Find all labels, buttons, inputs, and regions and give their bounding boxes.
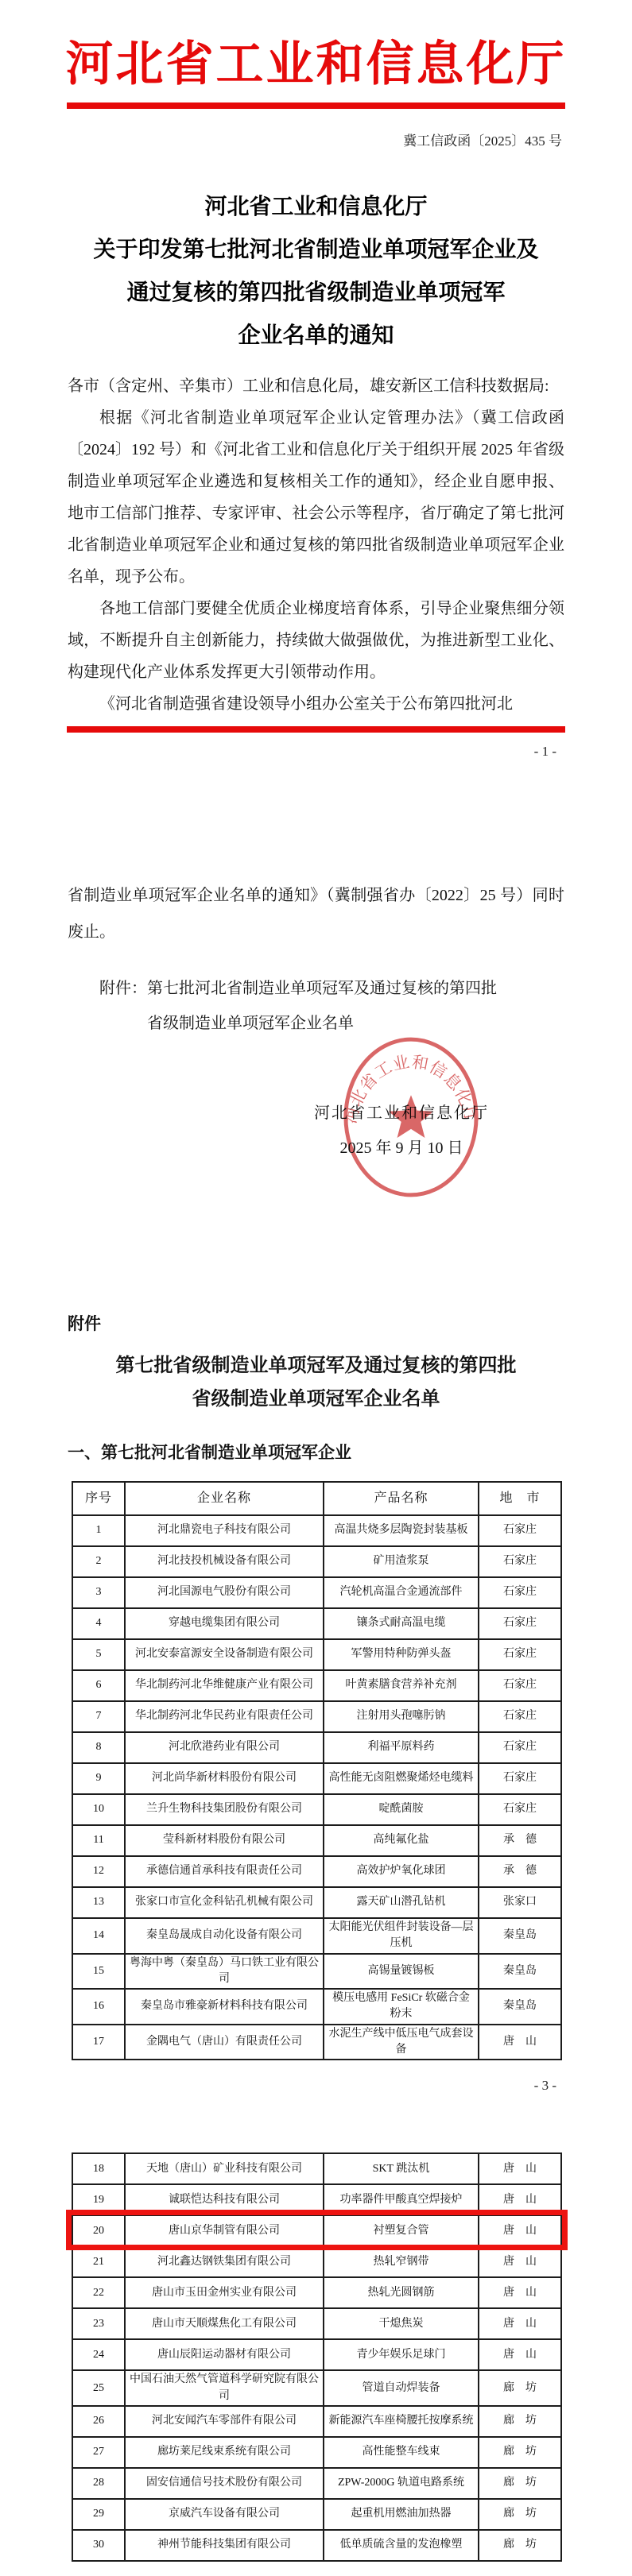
cell-city: 秦皇岛 xyxy=(479,1918,561,1954)
cell-city: 秦皇岛 xyxy=(479,1989,561,2025)
cell-product: 新能源汽车座椅腰托按摩系统 xyxy=(324,2406,479,2437)
section1-heading: 一、第七批河北省制造业单项冠军企业 xyxy=(68,1440,632,1464)
cell-no: 17 xyxy=(72,2025,125,2060)
table-row: 20唐山京华制管有限公司衬塑复合管唐 山 xyxy=(72,2215,561,2246)
cell-company: 华北制药河北华民药业有限责任公司 xyxy=(125,1701,324,1732)
table-row: 30神州节能科技集团有限公司低单质硫含量的发泡橡塑廊 坊 xyxy=(72,2530,561,2561)
cell-no: 10 xyxy=(72,1794,125,1825)
cell-no: 16 xyxy=(72,1989,125,2025)
cell-no: 26 xyxy=(72,2406,125,2437)
page-break-spacer xyxy=(0,2094,632,2135)
table-row: 12承德信通首承科技有限责任公司高效护炉氧化球团承 德 xyxy=(72,1856,561,1887)
cell-no: 1 xyxy=(72,1515,125,1546)
cell-city: 秦皇岛 xyxy=(479,1954,561,1990)
attachment-ref-line1: 第七批河北省制造业单项冠军及通过复核的第四批 xyxy=(147,980,497,997)
cell-product: 汽轮机高温合金通流部件 xyxy=(324,1577,479,1608)
cell-city: 石家庄 xyxy=(479,1732,561,1763)
cell-city: 廊 坊 xyxy=(479,2406,561,2437)
cell-no: 18 xyxy=(72,2153,125,2184)
page-number-1: - 1 - xyxy=(0,744,632,760)
cell-product: 高温共烧多层陶瓷封装基板 xyxy=(324,1515,479,1546)
cell-no: 3 xyxy=(72,1577,125,1608)
table-row: 2河北技投机械设备有限公司矿用渣浆泵石家庄 xyxy=(72,1546,561,1577)
cell-city: 唐 山 xyxy=(479,2246,561,2277)
cell-company: 唐山京华制管有限公司 xyxy=(125,2215,324,2246)
cell-city: 承 德 xyxy=(479,1856,561,1887)
cell-no: 6 xyxy=(72,1670,125,1701)
attachment-ref-line2: 省级制造业单项冠军企业名单 xyxy=(147,1015,354,1032)
cell-company: 承德信通首承科技有限责任公司 xyxy=(125,1856,324,1887)
table-row: 8河北欣港药业有限公司利福平原料药石家庄 xyxy=(72,1732,561,1763)
table-row: 11莹科新材料股份有限公司高纯氟化盐承 德 xyxy=(72,1825,561,1856)
cell-no: 23 xyxy=(72,2308,125,2339)
companies-table-page3: 序号 企业名称 产品名称 地 市 1河北鼎瓷电子科技有限公司高温共烧多层陶瓷封装… xyxy=(72,1481,560,2060)
table-row: 1河北鼎瓷电子科技有限公司高温共烧多层陶瓷封装基板石家庄 xyxy=(72,1515,561,1546)
cell-product: 高效护炉氧化球团 xyxy=(324,1856,479,1887)
letterhead-agency-title: 河北省工业和信息化厅 xyxy=(0,0,632,95)
attachment-title-line: 省级制造业单项冠军企业名单 xyxy=(0,1383,632,1416)
companies-table-1: 序号 企业名称 产品名称 地 市 1河北鼎瓷电子科技有限公司高温共烧多层陶瓷封装… xyxy=(72,1481,562,2060)
cell-no: 11 xyxy=(72,1825,125,1856)
page1-footer-red-rule xyxy=(67,726,565,733)
cell-city: 承 德 xyxy=(479,1825,561,1856)
cell-no: 24 xyxy=(72,2339,125,2370)
cell-no: 29 xyxy=(72,2499,125,2530)
document-number: 冀工信政函〔2025〕435 号 xyxy=(0,130,632,149)
cell-city: 唐 山 xyxy=(479,2308,561,2339)
table-row: 10兰升生物科技集团股份有限公司啶酰菌胺石家庄 xyxy=(72,1794,561,1825)
table-row: 14秦皇岛晟成自动化设备有限公司太阳能光伏组件封装设备—层压机秦皇岛 xyxy=(72,1918,561,1954)
table-row: 22唐山市玉田金州实业有限公司热轧光圆钢筋唐 山 xyxy=(72,2277,561,2308)
cell-no: 19 xyxy=(72,2184,125,2215)
table-row: 25中国石油天然气管道科学研究院有限公司管道自动焊装备廊 坊 xyxy=(72,2370,561,2406)
table-row: 29京威汽车设备有限公司起重机用燃油加热器廊 坊 xyxy=(72,2499,561,2530)
attachment-title: 第七批省级制造业单项冠军及通过复核的第四批 省级制造业单项冠军企业名单 xyxy=(0,1349,632,1416)
letterhead-red-rule xyxy=(67,102,565,109)
cell-product: 衬塑复合管 xyxy=(324,2215,479,2246)
cell-product: 高纯氟化盐 xyxy=(324,1825,479,1856)
cell-company: 金隅电气（唐山）有限责任公司 xyxy=(125,2025,324,2060)
cell-company: 秦皇岛市雅豪新材料科技有限公司 xyxy=(125,1989,324,2025)
cell-company: 固安信通信号技术股份有限公司 xyxy=(125,2468,324,2499)
attachment-reference: 附件： 第七批河北省制造业单项冠军及通过复核的第四批 省级制造业单项冠军企业名单 xyxy=(68,971,564,1041)
cell-company: 京威汽车设备有限公司 xyxy=(125,2499,324,2530)
cell-no: 27 xyxy=(72,2437,125,2468)
cell-city: 廊 坊 xyxy=(479,2499,561,2530)
cell-company: 莹科新材料股份有限公司 xyxy=(125,1825,324,1856)
cell-product: SKT 跳汰机 xyxy=(324,2153,479,2184)
cell-city: 廊 坊 xyxy=(479,2468,561,2499)
cell-company: 河北鑫达钢铁集团有限公司 xyxy=(125,2246,324,2277)
cell-no: 25 xyxy=(72,2370,125,2406)
cell-city: 张家口 xyxy=(479,1887,561,1918)
table-row: 21河北鑫达钢铁集团有限公司热轧窄钢带唐 山 xyxy=(72,2246,561,2277)
cell-company: 张家口市宣化金科钻孔机械有限公司 xyxy=(125,1887,324,1918)
table-row: 7华北制药河北华民药业有限责任公司注射用头孢噻肟钠石家庄 xyxy=(72,1701,561,1732)
page-number-3: - 3 - xyxy=(0,2078,632,2094)
cell-company: 河北鼎瓷电子科技有限公司 xyxy=(125,1515,324,1546)
cell-product: 叶黄素膳食营养补充剂 xyxy=(324,1670,479,1701)
cell-product: 利福平原料药 xyxy=(324,1732,479,1763)
cell-product: 高锡量镀锡板 xyxy=(324,1954,479,1990)
notice-title: 河北省工业和信息化厅 关于印发第七批河北省制造业单项冠军企业及 通过复核的第四批… xyxy=(0,186,632,358)
table-row: 15粤海中粤（秦皇岛）马口铁工业有限公司高锡量镀锡板秦皇岛 xyxy=(72,1954,561,1990)
table-row: 26河北安闻汽车零部件有限公司新能源汽车座椅腰托按摩系统廊 坊 xyxy=(72,2406,561,2437)
cell-city: 石家庄 xyxy=(479,1763,561,1794)
table-header-row: 序号 企业名称 产品名称 地 市 xyxy=(72,1482,561,1515)
table-row: 18天地（唐山）矿业科技有限公司SKT 跳汰机唐 山 xyxy=(72,2153,561,2184)
companies-table-2: 18天地（唐山）矿业科技有限公司SKT 跳汰机唐 山19诚联恺达科技有限公司功率… xyxy=(72,2152,562,2562)
cell-city: 石家庄 xyxy=(479,1639,561,1670)
companies-table-page4: 18天地（唐山）矿业科技有限公司SKT 跳汰机唐 山19诚联恺达科技有限公司功率… xyxy=(72,2152,560,2562)
table-row: 16秦皇岛市雅豪新材料科技有限公司模压电感用 FeSiCr 软磁合金粉末秦皇岛 xyxy=(72,1989,561,2025)
cell-no: 5 xyxy=(72,1639,125,1670)
cell-product: 青少年娱乐足球门 xyxy=(324,2339,479,2370)
cell-company: 唐山市玉田金州实业有限公司 xyxy=(125,2277,324,2308)
cell-company: 唐山辰阳运动器材有限公司 xyxy=(125,2339,324,2370)
cell-no: 4 xyxy=(72,1608,125,1639)
header-company: 企业名称 xyxy=(125,1482,324,1515)
cell-product: 水泥生产线中低压电气成套设备 xyxy=(324,2025,479,2060)
addressee-line: 各市（含定州、辛集市）工业和信息化局，雄安新区工信科技数据局: xyxy=(68,370,564,402)
cell-product: 高性能无卤阻燃聚烯烃电缆料 xyxy=(324,1763,479,1794)
cell-product: 热轧窄钢带 xyxy=(324,2246,479,2277)
cell-city: 唐 山 xyxy=(479,2025,561,2060)
cell-no: 8 xyxy=(72,1732,125,1763)
attachment-label: 附件： xyxy=(99,971,147,1041)
cell-company: 廊坊莱尼线束系统有限公司 xyxy=(125,2437,324,2468)
table-row: 19诚联恺达科技有限公司功率器件甲酸真空焊接炉唐 山 xyxy=(72,2184,561,2215)
cell-city: 石家庄 xyxy=(479,1608,561,1639)
cell-no: 12 xyxy=(72,1856,125,1887)
header-product: 产品名称 xyxy=(324,1482,479,1515)
cell-no: 30 xyxy=(72,2530,125,2561)
cell-no: 7 xyxy=(72,1701,125,1732)
cell-city: 唐 山 xyxy=(479,2339,561,2370)
table-row: 4穿越电缆集团有限公司镶条式耐高温电缆石家庄 xyxy=(72,1608,561,1639)
cell-company: 河北国源电气股份有限公司 xyxy=(125,1577,324,1608)
cell-city: 石家庄 xyxy=(479,1577,561,1608)
table-row: 5河北安泰富源安全设备制造有限公司军警用特种防弹头盔石家庄 xyxy=(72,1639,561,1670)
cell-company: 秦皇岛晟成自动化设备有限公司 xyxy=(125,1918,324,1954)
body-paragraph: 根据《河北省制造业单项冠军企业认定管理办法》（冀工信政函〔2024〕192 号）… xyxy=(68,402,564,593)
cell-city: 唐 山 xyxy=(479,2215,561,2246)
cell-city: 唐 山 xyxy=(479,2184,561,2215)
cell-product: 干熄焦炭 xyxy=(324,2308,479,2339)
table-row: 6华北制药河北华维健康产业有限公司叶黄素膳食营养补充剂石家庄 xyxy=(72,1670,561,1701)
table-row: 13张家口市宣化金科钻孔机械有限公司露天矿山潜孔钻机张家口 xyxy=(72,1887,561,1918)
signature-date: 2025 年 9 月 10 日 xyxy=(246,1135,556,1158)
cell-city: 廊 坊 xyxy=(479,2370,561,2406)
table-row: 9河北尚华新材料股份有限公司高性能无卤阻燃聚烯烃电缆料石家庄 xyxy=(72,1763,561,1794)
cell-product: 矿用渣浆泵 xyxy=(324,1546,479,1577)
cell-company: 粤海中粤（秦皇岛）马口铁工业有限公司 xyxy=(125,1954,324,1990)
table-row: 23唐山市天顺煤焦化工有限公司干熄焦炭唐 山 xyxy=(72,2308,561,2339)
cell-no: 9 xyxy=(72,1763,125,1794)
cell-city: 石家庄 xyxy=(479,1546,561,1577)
body-paragraph: 各地工信部门要健全优质企业梯度培育体系，引导企业聚焦细分领域，不断提升自主创新能… xyxy=(68,593,564,688)
attachment-ref-lines: 第七批河北省制造业单项冠军及通过复核的第四批 省级制造业单项冠军企业名单 xyxy=(147,971,497,1041)
cell-no: 28 xyxy=(72,2468,125,2499)
cell-city: 唐 山 xyxy=(479,2277,561,2308)
cell-company: 天地（唐山）矿业科技有限公司 xyxy=(125,2153,324,2184)
cell-no: 14 xyxy=(72,1918,125,1954)
cell-company: 河北技投机械设备有限公司 xyxy=(125,1546,324,1577)
body-paragraph-cut: 《河北省制造强省建设领导小组办公室关于公布第四批河北 xyxy=(68,688,564,720)
notice-title-line: 通过复核的第四批省级制造业单项冠军 xyxy=(0,272,632,315)
cell-product: 注射用头孢噻肟钠 xyxy=(324,1701,479,1732)
cell-company: 穿越电缆集团有限公司 xyxy=(125,1608,324,1639)
cell-product: 啶酰菌胺 xyxy=(324,1794,479,1825)
notice-title-line: 企业名单的通知 xyxy=(0,315,632,358)
cell-company: 河北欣港药业有限公司 xyxy=(125,1732,324,1763)
cell-city: 石家庄 xyxy=(479,1670,561,1701)
cell-company: 河北安闻汽车零部件有限公司 xyxy=(125,2406,324,2437)
header-city: 地 市 xyxy=(479,1482,561,1515)
cell-no: 2 xyxy=(72,1546,125,1577)
table-row: 17金隅电气（唐山）有限责任公司水泥生产线中低压电气成套设备唐 山 xyxy=(72,2025,561,2060)
cell-product: 镶条式耐高温电缆 xyxy=(324,1608,479,1639)
header-no: 序号 xyxy=(72,1482,125,1515)
table-row: 27廊坊莱尼线束系统有限公司高性能整车线束廊 坊 xyxy=(72,2437,561,2468)
cell-no: 13 xyxy=(72,1887,125,1918)
cell-no: 22 xyxy=(72,2277,125,2308)
cell-city: 石家庄 xyxy=(479,1794,561,1825)
cell-city: 廊 坊 xyxy=(479,2530,561,2561)
continuation-paragraph: 省制造业单项冠军企业名单的通知》（冀制强省办〔2022〕25 号）同时废止。 xyxy=(68,877,564,950)
cell-company: 中国石油天然气管道科学研究院有限公司 xyxy=(125,2370,324,2406)
cell-product: ZPW-2000G 轨道电路系统 xyxy=(324,2468,479,2499)
attachment-title-line: 第七批省级制造业单项冠军及通过复核的第四批 xyxy=(0,1349,632,1383)
cell-product: 太阳能光伏组件封装设备—层压机 xyxy=(324,1918,479,1954)
notice-title-line: 关于印发第七批河北省制造业单项冠军企业及 xyxy=(0,229,632,272)
cell-city: 廊 坊 xyxy=(479,2437,561,2468)
cell-product: 高性能整车线束 xyxy=(324,2437,479,2468)
cell-no: 15 xyxy=(72,1954,125,1990)
cell-city: 石家庄 xyxy=(479,1515,561,1546)
cell-company: 河北安泰富源安全设备制造有限公司 xyxy=(125,1639,324,1670)
cell-product: 军警用特种防弹头盔 xyxy=(324,1639,479,1670)
cell-product: 管道自动焊装备 xyxy=(324,2370,479,2406)
cell-product: 功率器件甲酸真空焊接炉 xyxy=(324,2184,479,2215)
cell-product: 低单质硫含量的发泡橡塑 xyxy=(324,2530,479,2561)
cell-no: 20 xyxy=(72,2215,125,2246)
cell-company: 华北制药河北华维健康产业有限公司 xyxy=(125,1670,324,1701)
cell-company: 兰升生物科技集团股份有限公司 xyxy=(125,1794,324,1825)
official-document: 河北省工业和信息化厅 冀工信政函〔2025〕435 号 河北省工业和信息化厅 关… xyxy=(0,0,632,2576)
attachment-section-label: 附件 xyxy=(68,1311,632,1335)
cell-product: 热轧光圆钢筋 xyxy=(324,2277,479,2308)
table-row: 24唐山辰阳运动器材有限公司青少年娱乐足球门唐 山 xyxy=(72,2339,561,2370)
signature-block: 河北省工业和信息化厅 2025 年 9 月 10 日 河北省工业和信息化厅 xyxy=(0,1050,632,1235)
cell-product: 模压电感用 FeSiCr 软磁合金粉末 xyxy=(324,1989,479,2025)
cell-company: 神州节能科技集团有限公司 xyxy=(125,2530,324,2561)
cell-product: 露天矿山潜孔钻机 xyxy=(324,1887,479,1918)
cell-company: 唐山市天顺煤焦化工有限公司 xyxy=(125,2308,324,2339)
cell-no: 21 xyxy=(72,2246,125,2277)
signer-name: 河北省工业和信息化厅 xyxy=(246,1100,556,1123)
notice-title-line: 河北省工业和信息化厅 xyxy=(0,186,632,229)
table-row: 3河北国源电气股份有限公司汽轮机高温合金通流部件石家庄 xyxy=(72,1577,561,1608)
cell-company: 诚联恺达科技有限公司 xyxy=(125,2184,324,2215)
cell-company: 河北尚华新材料股份有限公司 xyxy=(125,1763,324,1794)
cell-city: 唐 山 xyxy=(479,2153,561,2184)
cell-product: 起重机用燃油加热器 xyxy=(324,2499,479,2530)
notice-body: 各市（含定州、辛集市）工业和信息化局，雄安新区工信科技数据局: 根据《河北省制造… xyxy=(68,370,564,720)
cell-city: 石家庄 xyxy=(479,1701,561,1732)
table-row: 28固安信通信号技术股份有限公司ZPW-2000G 轨道电路系统廊 坊 xyxy=(72,2468,561,2499)
